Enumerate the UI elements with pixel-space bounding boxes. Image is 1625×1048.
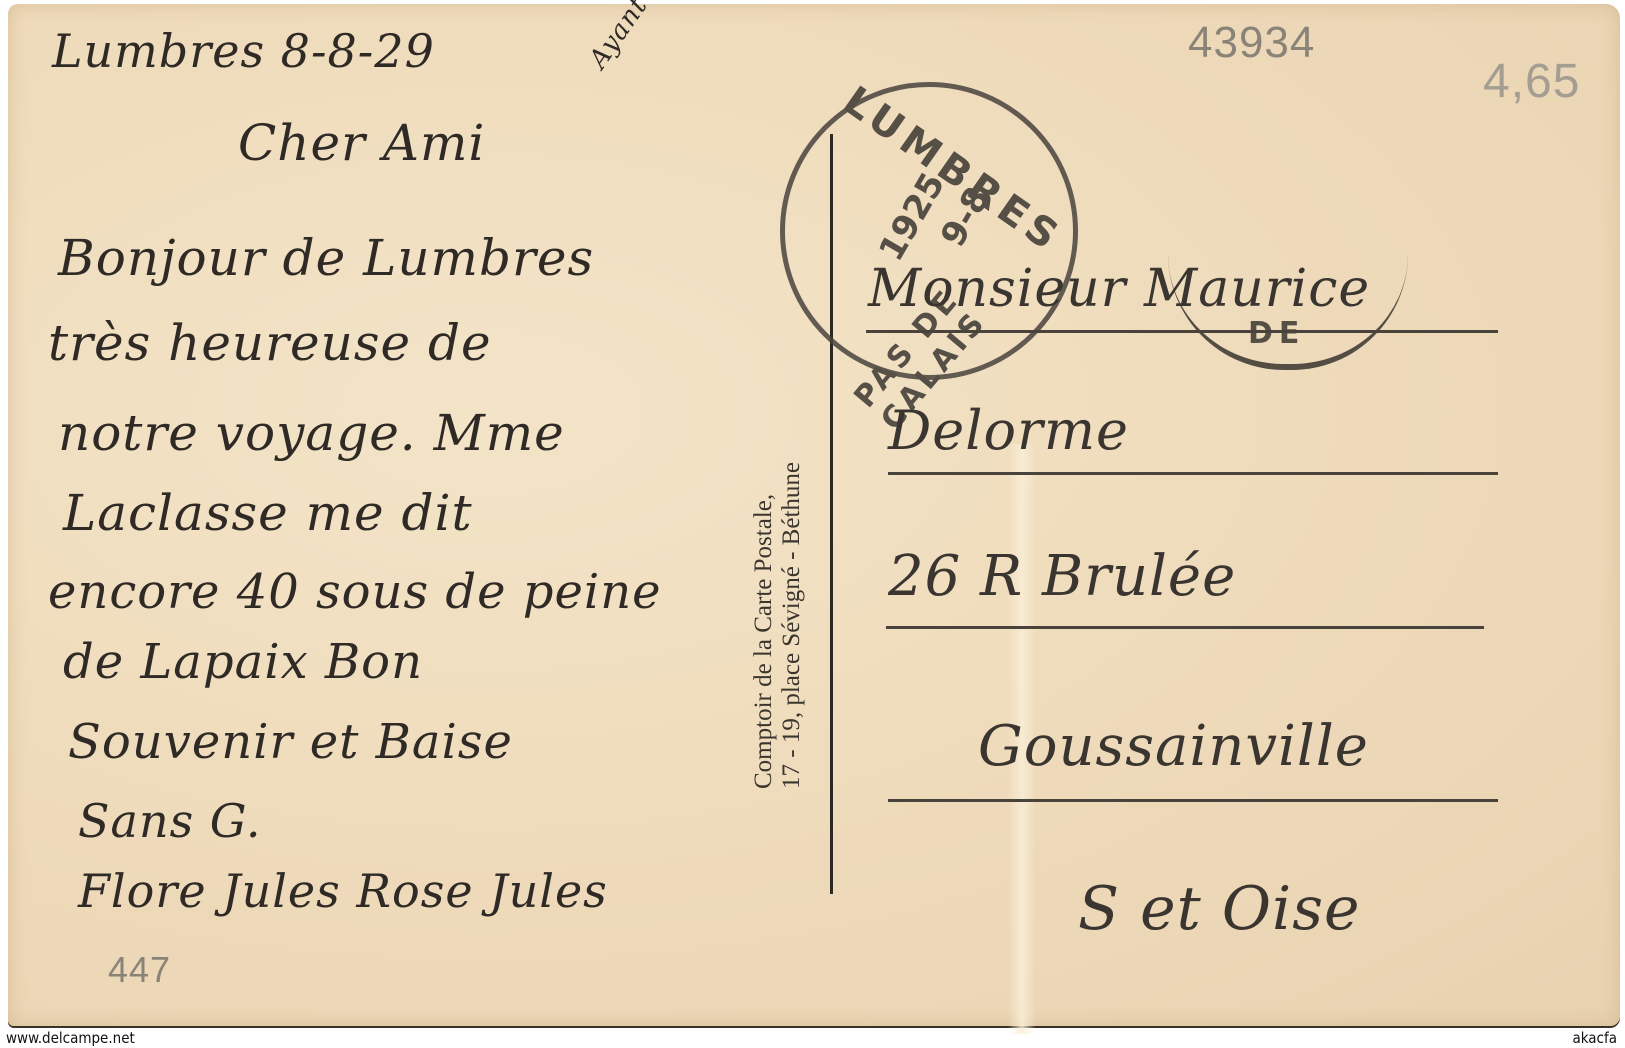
message-line: Sans G. [78, 794, 262, 848]
address-line: Goussainville [978, 714, 1369, 779]
address-rule [888, 472, 1498, 475]
message-line: encore 40 sous de peine [48, 564, 662, 620]
address-line: S et Oise [1078, 874, 1361, 944]
printer-imprint-line1: Comptoir de la Carte Postale, [750, 462, 778, 789]
postmark-stamp: LUMBRES PAS DE CALAIS 1925 9-8 [780, 82, 1078, 380]
address-line: Delorme [888, 399, 1129, 462]
printer-imprint: Comptoir de la Carte Postale, 17 - 19, p… [750, 462, 806, 789]
address-rule [888, 799, 1498, 802]
message-line: Laclasse me dit [63, 484, 473, 542]
message-margin-note: Ayant 1 Mercié [583, 0, 731, 74]
price-note: 4,65 [1483, 54, 1580, 109]
printer-imprint-line2: 17 - 19, place Sévigné - Béthune [778, 462, 806, 789]
message-signature: Flore Jules Rose Jules [78, 864, 608, 918]
address-rule [886, 626, 1484, 629]
footer-source-label: www.delcampe.net [6, 1029, 135, 1047]
inventory-number: 43934 [1188, 18, 1315, 68]
address-rule [866, 330, 1498, 333]
address-line: 26 R Brulée [888, 544, 1236, 609]
partial-postmark-text: DE [1248, 316, 1305, 351]
message-line: très heureuse de [48, 314, 492, 372]
message-line: notre voyage. Mme [58, 404, 565, 462]
postcard-back: Lumbres 8-8-29 Ayant 1 Mercié Cher Ami B… [8, 4, 1620, 1026]
message-date-line: Lumbres 8-8-29 [52, 24, 435, 78]
pencil-note: 447 [108, 949, 171, 991]
footer-seller-label: akacfa [1572, 1029, 1617, 1047]
address-line: Monsieur Maurice [868, 259, 1370, 319]
message-line: de Lapaix Bon [63, 634, 423, 690]
postmark-year: 1925 [871, 166, 953, 268]
message-greeting: Cher Ami [238, 114, 485, 172]
message-line: Bonjour de Lumbres [58, 229, 594, 287]
message-line: Souvenir et Baise [68, 714, 513, 770]
